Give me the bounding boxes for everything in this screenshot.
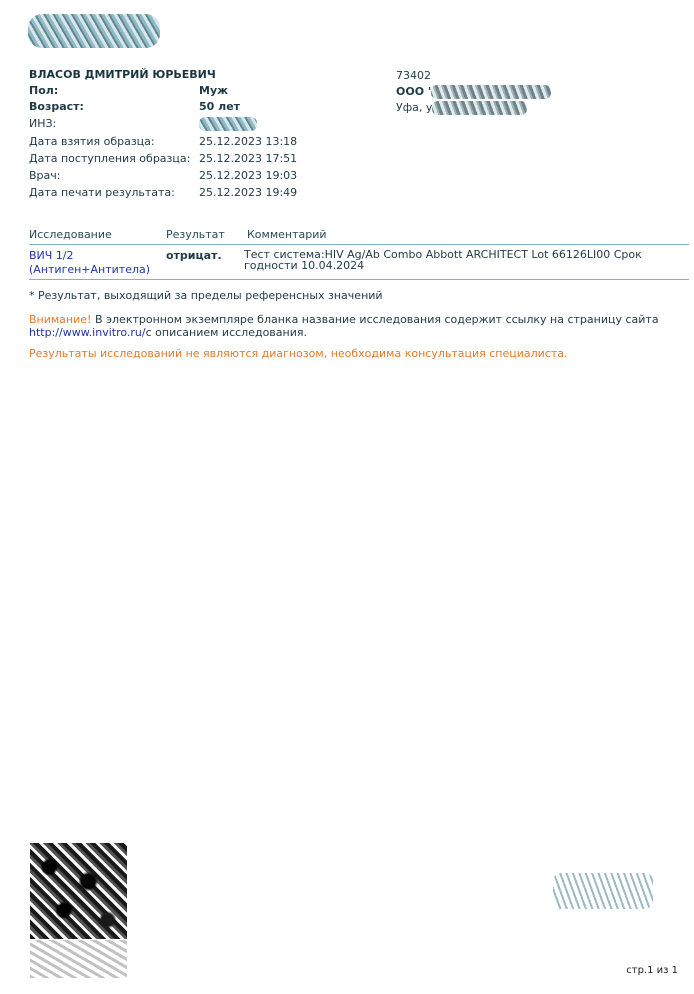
col-comment: Комментарий — [247, 228, 327, 241]
sample-taken-value: 25.12.2023 13:18 — [199, 134, 297, 150]
print-date-label: Дата печати результата: — [29, 185, 175, 201]
inz-label: ИНЗ: — [29, 116, 56, 132]
qr-caption-redacted — [30, 940, 127, 978]
qr-code-redacted — [30, 843, 127, 939]
table-header: Исследование Результат Комментарий — [29, 228, 689, 244]
result-value: отрицат. — [166, 249, 222, 262]
age-value: 50 лет — [199, 99, 240, 115]
lab-logo-redacted — [28, 14, 160, 50]
reference-footnote: * Результат, выходящий за пределы рефере… — [29, 289, 383, 302]
warning-prefix: Внимание! — [29, 313, 91, 326]
organization-block: 73402 ООО ' Уфа, у — [396, 68, 551, 116]
doctor-value: 25.12.2023 19:03 — [199, 168, 297, 184]
sex-value: Муж — [199, 83, 228, 99]
sample-received-label: Дата поступления образца: — [29, 151, 190, 167]
org-address: Уфа, у — [396, 100, 551, 116]
page-number: стр.1 из 1 — [626, 965, 678, 976]
col-result: Результат — [166, 228, 225, 241]
invitro-link[interactable]: http://www.invitro.ru/ — [29, 326, 146, 339]
inz-value-redacted — [199, 116, 257, 132]
signature-redacted — [553, 873, 653, 909]
col-study: Исследование — [29, 228, 112, 241]
doctor-label: Врач: — [29, 168, 60, 184]
comment-text: Тест система:HIV Ag/Ab Combo Abbott ARCH… — [244, 249, 689, 271]
age-label: Возраст: — [29, 99, 84, 115]
sample-received-value: 25.12.2023 17:51 — [199, 151, 297, 167]
table-bottom-divider — [29, 279, 689, 280]
sample-taken-label: Дата взятия образца: — [29, 134, 155, 150]
table-divider — [29, 244, 689, 245]
org-name: ООО ' — [396, 84, 551, 100]
org-code: 73402 — [396, 68, 551, 84]
warning-notice: Внимание! В электронном экземпляре бланк… — [29, 313, 659, 339]
print-date-value: 25.12.2023 19:49 — [199, 185, 297, 201]
sex-label: Пол: — [29, 83, 58, 99]
disclaimer: Результаты исследований не являются диаг… — [29, 347, 568, 360]
study-link[interactable]: ВИЧ 1/2 (Антиген+Антитела) — [29, 249, 150, 277]
patient-name: ВЛАСОВ ДМИТРИЙ ЮРЬЕВИЧ — [29, 68, 216, 81]
